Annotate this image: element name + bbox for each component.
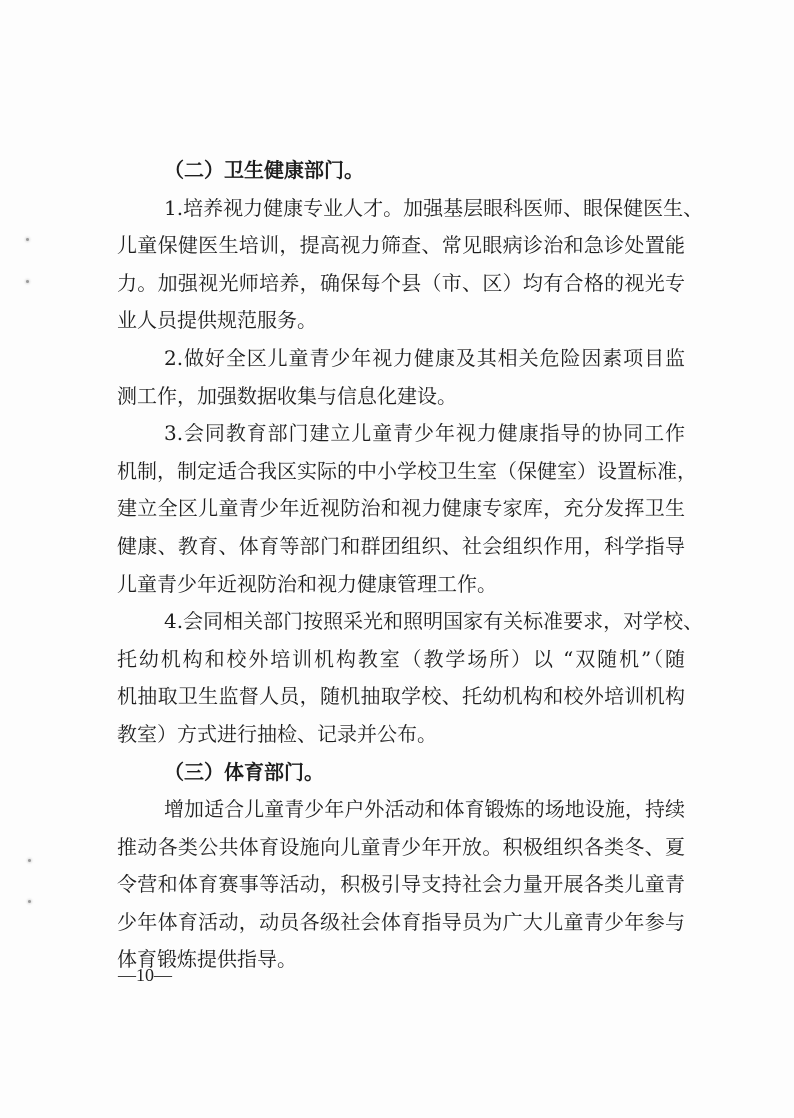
section-heading-health: （二）卫生健康部门。 (117, 152, 685, 190)
punch-hole-mark (28, 859, 31, 862)
paragraph-line: 增加适合儿童青少年户外活动和体育锻炼的场地设施，持续 (117, 791, 685, 829)
paragraph-line: 建立全区儿童青少年近视防治和视力健康专家库，充分发挥卫生 (117, 490, 685, 528)
page-number: —10— (118, 965, 172, 986)
document-page: （二）卫生健康部门。 1.培养视力健康专业人才。加强基层眼科医师、眼保健医生、 … (0, 0, 794, 1118)
paragraph-line: 1.培养视力健康专业人才。加强基层眼科医师、眼保健医生、 (117, 190, 685, 228)
paragraph-line: 4.会同相关部门按照采光和照明国家有关标准要求，对学校、 (117, 603, 685, 641)
punch-hole-mark (26, 238, 29, 241)
paragraph-line: 2.做好全区儿童青少年视力健康及其相关危险因素项目监 (117, 340, 685, 378)
punch-hole-mark (28, 900, 31, 903)
paragraph-line: 力。加强视光师培养，确保每个县（市、区）均有合格的视光专 (117, 265, 685, 303)
paragraph-line: 测工作，加强数据收集与信息化建设。 (117, 378, 685, 416)
punch-hole-mark (26, 280, 29, 283)
paragraph-line: 儿童保健医生培训，提高视力筛查、常见眼病诊治和急诊处置能 (117, 227, 685, 265)
paragraph-line: 推动各类公共体育设施向儿童青少年开放。积极组织各类冬、夏 (117, 829, 685, 867)
paragraph-line: 体育锻炼提供指导。 (117, 941, 685, 979)
paragraph-line: 业人员提供规范服务。 (117, 302, 685, 340)
paragraph-line: 3.会同教育部门建立儿童青少年视力健康指导的协同工作 (117, 415, 685, 453)
paragraph-line: 少年体育活动，动员各级社会体育指导员为广大儿童青少年参与 (117, 904, 685, 942)
paragraph-line: 机抽取卫生监督人员，随机抽取学校、托幼机构和校外培训机构 (117, 678, 685, 716)
paragraph-line: 儿童青少年近视防治和视力健康管理工作。 (117, 566, 685, 604)
section-heading-sports: （三）体育部门。 (117, 754, 685, 792)
paragraph-line: 机制，制定适合我区实际的中小学校卫生室（保健室）设置标准， (117, 453, 685, 491)
paragraph-line: 健康、教育、体育等部门和群团组织、社会组织作用，科学指导 (117, 528, 685, 566)
paragraph-line: 托幼机构和校外培训机构教室（教学场所）以 “双随机”（随 (117, 641, 685, 679)
paragraph-line: 令营和体育赛事等活动，积极引导支持社会力量开展各类儿童青 (117, 866, 685, 904)
document-body: （二）卫生健康部门。 1.培养视力健康专业人才。加强基层眼科医师、眼保健医生、 … (117, 152, 685, 979)
paragraph-line: 教室）方式进行抽检、记录并公布。 (117, 716, 685, 754)
